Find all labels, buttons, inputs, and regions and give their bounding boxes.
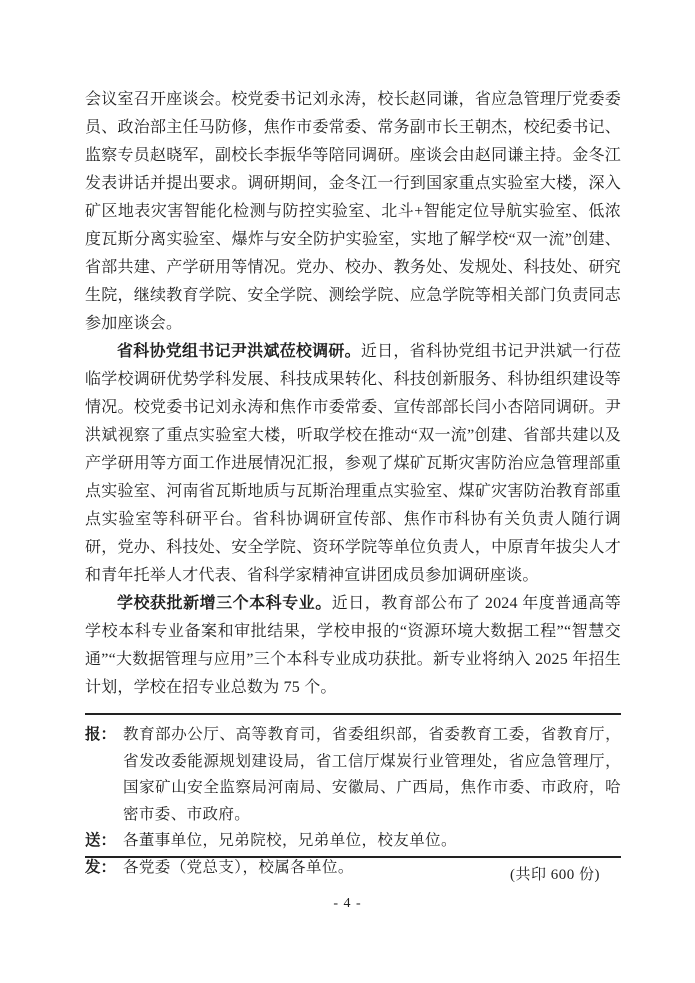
distribution-label-song: 送： <box>85 828 123 855</box>
paragraph-text: 会议室召开座谈会。校党委书记刘永涛，校长赵同谦，省应急管理厅党委委员、政治部主任… <box>85 91 621 332</box>
paragraph-news-item: 学校获批新增三个本科专业。近日，教育部公布了 2024 年度普通高等学校本科专业… <box>85 590 621 702</box>
distribution-row-bao: 报： 教育部办公厅、高等教育司，省委组织部，省委教育工委，省教育厅，省发改委能源… <box>85 722 621 828</box>
paragraph-text: 近日，省科协党组书记尹洪斌一行莅临学校调研优势学科发展、科技成果转化、科技创新服… <box>85 343 621 584</box>
document-body-text: 会议室召开座谈会。校党委书记刘永涛，校长赵同谦，省应急管理厅党委委员、政治部主任… <box>85 86 621 702</box>
paragraph-heading: 学校获批新增三个本科专业。 <box>117 595 332 612</box>
document-page: 会议室召开座谈会。校党委书记刘永涛，校长赵同谦，省应急管理厅党委委员、政治部主任… <box>0 0 695 983</box>
distribution-text-song: 各董事单位，兄弟院校，兄弟单位，校友单位。 <box>123 828 621 855</box>
distribution-label-fa: 发： <box>85 855 123 882</box>
print-count: (共印 600 份) <box>510 863 600 884</box>
paragraph-continuation: 会议室召开座谈会。校党委书记刘永涛，校长赵同谦，省应急管理厅党委委员、政治部主任… <box>85 86 621 338</box>
paragraph-heading: 省科协党组书记尹洪斌莅校调研。 <box>117 343 361 360</box>
distribution-text-bao: 教育部办公厅、高等教育司，省委组织部，省委教育工委，省教育厅，省发改委能源规划建… <box>123 722 621 828</box>
distribution-box: 报： 教育部办公厅、高等教育司，省委组织部，省委教育工委，省教育厅，省发改委能源… <box>85 713 621 858</box>
distribution-row-song: 送： 各董事单位，兄弟院校，兄弟单位，校友单位。 <box>85 828 621 855</box>
page-number: - 4 - <box>0 896 695 912</box>
paragraph-news-item: 省科协党组书记尹洪斌莅校调研。近日，省科协党组书记尹洪斌一行莅临学校调研优势学科… <box>85 338 621 590</box>
distribution-label-bao: 报： <box>85 722 123 828</box>
